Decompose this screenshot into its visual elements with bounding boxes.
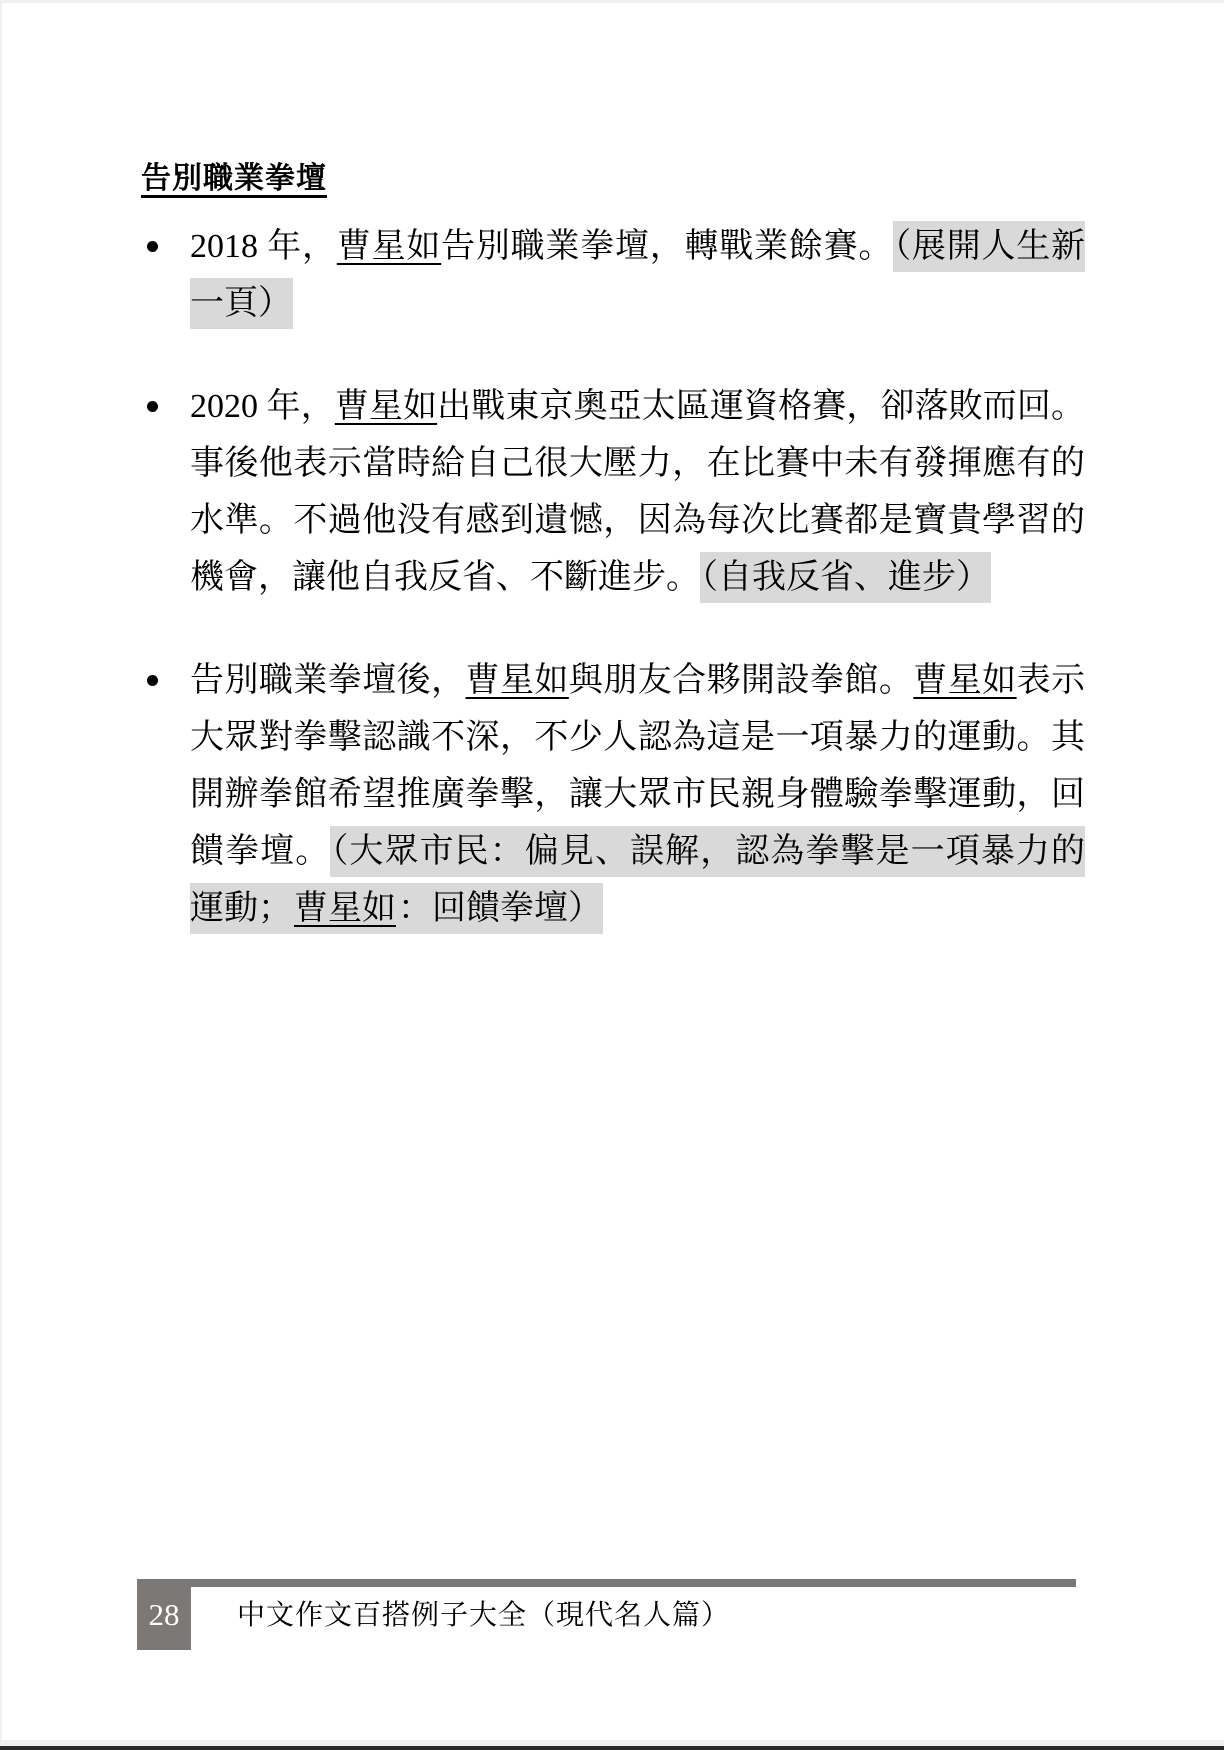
list-item: 2018 年，曹星如告別職業拳壇，轉戰業餘賽。（展開人生新一頁） [141, 218, 1085, 332]
underlined-name: 曹星如 [913, 662, 1016, 699]
body-text: 告別職業拳壇，轉戰業餘賽。 [441, 228, 893, 265]
page-top-edge [0, 0, 1224, 3]
body-text: 告別職業拳壇後， [190, 662, 466, 699]
list-item: 2020 年，曹星如出戰東京奧亞太區運資格賽，卻落敗而回。事後他表示當時給自己很… [141, 378, 1085, 606]
underlined-name: 曹星如 [337, 228, 441, 265]
footer-book-title: 中文作文百搭例子大全（現代名人篇） [237, 1579, 730, 1650]
highlighted-annotation: 曹星如 [293, 883, 397, 934]
body-text: 2020 年， [190, 388, 335, 425]
page-left-edge [0, 0, 2, 1750]
underlined-name: 曹星如 [335, 388, 437, 425]
underlined-name: 曹星如 [466, 662, 569, 699]
highlighted-annotation: ：回饋拳壇） [397, 883, 603, 934]
footer-page-number-box: 28 [137, 1579, 191, 1650]
bullet-list: 2018 年，曹星如告別職業拳壇，轉戰業餘賽。（展開人生新一頁）2020 年，曹… [141, 218, 1085, 937]
page-content: 告別職業拳壇 2018 年，曹星如告別職業拳壇，轉戰業餘賽。（展開人生新一頁）2… [141, 158, 1085, 983]
footer-page-number: 28 [149, 1597, 180, 1633]
bottom-dark-band [0, 1746, 1224, 1750]
body-text: 2018 年， [190, 228, 337, 265]
document-page: 告別職業拳壇 2018 年，曹星如告別職業拳壇，轉戰業餘賽。（展開人生新一頁）2… [0, 0, 1224, 1750]
body-text: 與朋友合夥開設拳館。 [569, 662, 913, 699]
highlighted-annotation: （自我反省、進步） [700, 552, 991, 603]
section-title: 告別職業拳壇 [141, 158, 1085, 200]
list-item: 告別職業拳壇後，曹星如與朋友合夥開設拳館。曹星如表示大眾對拳擊認識不深，不少人認… [141, 652, 1085, 937]
